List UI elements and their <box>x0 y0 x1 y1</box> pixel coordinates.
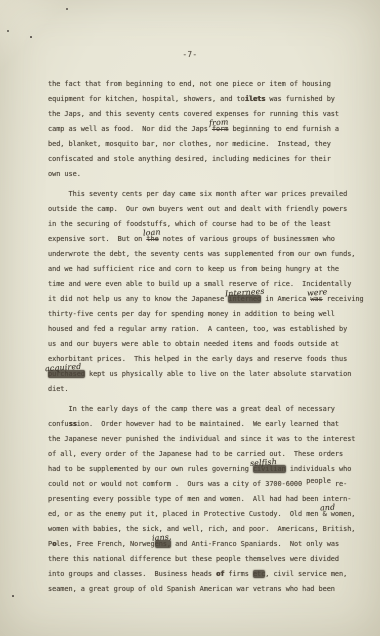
typed-text: the Japs, and this seventy cents covered… <box>48 110 339 118</box>
text-line: ed, or as the enemy put it, placed in Pr… <box>48 507 366 522</box>
text-line: confussion. Order however had to be main… <box>48 417 366 432</box>
typed-text: was furnished by <box>265 95 335 103</box>
typed-text: and Anti-Franco Spaniards. Not only was <box>171 540 339 548</box>
typed-text: women with babies, the sick, and well, r… <box>48 525 355 533</box>
overtyped-text: ss <box>69 420 77 428</box>
typed-text: ion. Order however had to be maintained.… <box>77 420 339 428</box>
typed-text: in America <box>261 295 310 303</box>
paragraph: In the early days of the camp there was … <box>48 402 366 597</box>
typed-text: bed, blanket, mosquito bar, nor clothes,… <box>48 140 331 148</box>
inserted-text: people <box>306 477 331 485</box>
typed-text: the Japanese never punished the individu… <box>48 435 355 443</box>
typed-text: re- <box>331 480 347 488</box>
typed-text: camp as well as food. Nor did the Japs <box>48 125 212 133</box>
typed-text: and we had sufficient rice and corn to k… <box>48 265 339 273</box>
text-line: had to be supplemented by our own rules … <box>48 462 366 477</box>
typed-text: underwrote the debt, the seventy cents w… <box>48 250 355 258</box>
text-line: could not or would not comform . Ours wa… <box>48 477 366 492</box>
text-line: camp as well as food. Nor did the Japs f… <box>48 122 366 137</box>
typed-text: into groups and classes. Business heads <box>48 570 216 578</box>
text-line: housed and fed a regular army ration. A … <box>48 322 366 337</box>
text-line: own use. <box>48 167 366 182</box>
text-line: into groups and classes. Business heads … <box>48 567 366 582</box>
typed-text: outside the camp. Our own buyers went ou… <box>48 205 347 213</box>
typed-text: beginning to end furnish a <box>228 125 339 133</box>
typed-text: , civil service men, <box>265 570 347 578</box>
text-line: Poles, Free French, Norwegians,ens, and … <box>48 537 366 552</box>
typed-text: notes of various groups of businessmen w… <box>159 235 335 243</box>
text-line: exhorbitant prices. This helped in the e… <box>48 352 366 367</box>
text-line: diet. <box>48 382 366 397</box>
typed-text: us and our buyers were able to obtain ne… <box>48 340 339 348</box>
text-line: us and our buyers were able to obtain ne… <box>48 337 366 352</box>
text-line: presenting every possible type of men an… <box>48 492 366 507</box>
typed-text: of all, every order of the Japanese had … <box>48 450 343 458</box>
text-line: women with babies, the sick, and well, r… <box>48 522 366 537</box>
text-line: the Japanese never punished the individu… <box>48 432 366 447</box>
typed-text: presenting every possible type of men an… <box>48 495 351 503</box>
paper-speck <box>12 595 14 597</box>
typed-text: exhorbitant prices. This helped in the e… <box>48 355 347 363</box>
typed-text: individuals who <box>286 465 352 473</box>
text-line: In the early days of the camp there was … <box>48 402 366 417</box>
typed-text: had to be supplemented by our own rules … <box>48 465 253 473</box>
text-line: thirty-five cents per day for spending m… <box>48 307 366 322</box>
typed-text: own use. <box>48 170 81 178</box>
document-body: the fact that from beginning to end, not… <box>0 77 380 597</box>
paper-speck <box>30 36 32 38</box>
text-line: confiscated and stole anything desired, … <box>48 152 366 167</box>
typed-text: it did not help us any to know the Japan… <box>48 295 228 303</box>
typed-text: could not or would not comform . Ours wa… <box>48 480 306 488</box>
page-number: -7- <box>0 50 380 59</box>
overtyped-text: ilets <box>245 95 266 103</box>
typed-text: housed and fed a regular army ration. A … <box>48 325 347 333</box>
typed-text: kept us physically able to live on the l… <box>85 370 351 378</box>
text-line: the fact that from beginning to end, not… <box>48 77 366 92</box>
typed-text: expensive sort. But on <box>48 235 146 243</box>
typed-text: receiving <box>323 295 364 303</box>
text-line: it did not help us any to know the Japan… <box>48 292 366 307</box>
typed-text: In the early days of the camp there was … <box>48 405 335 413</box>
text-line: underwrote the debt, the seventy cents w… <box>48 247 366 262</box>
text-line: seamen, a great group of old Spanish Ame… <box>48 582 366 597</box>
paragraph: the fact that from beginning to end, not… <box>48 77 366 182</box>
text-line: bed, blanket, mosquito bar, nor clothes,… <box>48 137 366 152</box>
typed-text: This seventy cents per day came six mont… <box>48 190 347 198</box>
paragraph: This seventy cents per day came six mont… <box>48 187 366 397</box>
typed-text: in the securing of foodstuffs, which of … <box>48 220 331 228</box>
typed-text: the fact that from beginning to end, not… <box>48 80 331 88</box>
typed-text: diet. <box>48 385 69 393</box>
text-line: of all, every order of the Japanese had … <box>48 447 366 462</box>
paper-speck <box>66 8 68 10</box>
text-line: there this national difference but these… <box>48 552 366 567</box>
text-line: expensive sort. But on loanthe notes of … <box>48 232 366 247</box>
typed-text: confiscated and stole anything desired, … <box>48 155 331 163</box>
text-line: outside the camp. Our own buyers went ou… <box>48 202 366 217</box>
text-line: This seventy cents per day came six mont… <box>48 187 366 202</box>
typed-text: firms <box>224 570 253 578</box>
text-line: the Japs, and this seventy cents covered… <box>48 107 366 122</box>
typed-text: equipment for kitchen, hospital, showers… <box>48 95 245 103</box>
scanned-page: -7- the fact that from beginning to end,… <box>0 0 380 636</box>
typed-text: there this national difference but these… <box>48 555 339 563</box>
text-line: acquiredpurchased kept us physically abl… <box>48 367 366 382</box>
typed-text: confu <box>48 420 69 428</box>
text-line: in the securing of foodstuffs, which of … <box>48 217 366 232</box>
typed-text: les, Free French, Norweg <box>56 540 154 548</box>
text-line: and we had sufficient rice and corn to k… <box>48 262 366 277</box>
paper-speck <box>7 30 9 32</box>
typed-text: thirty-five cents per day for spending m… <box>48 310 335 318</box>
text-line: equipment for kitchen, hospital, showers… <box>48 92 366 107</box>
redacted-text: etc <box>253 570 265 578</box>
typed-text: seamen, a great group of old Spanish Ame… <box>48 585 335 593</box>
typed-text: ed, or as the enemy put it, placed in Pr… <box>48 510 323 518</box>
